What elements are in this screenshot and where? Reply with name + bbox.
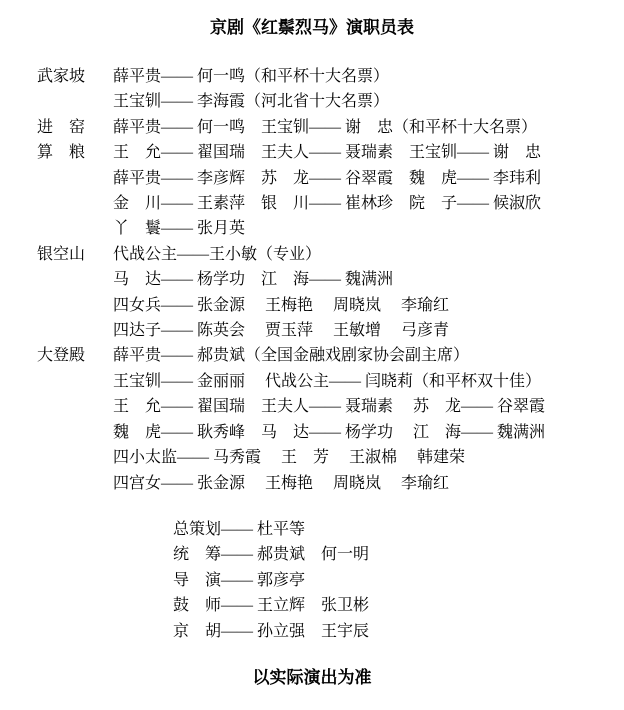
act-label — [0, 369, 113, 394]
cast-row: 四女兵—— 张金源 王梅艳 周晓岚 李瑜红 — [0, 293, 624, 318]
cast-row: 薛平贵—— 李彦辉 苏 龙—— 谷翠霞 魏 虎—— 李玮利 — [0, 166, 624, 191]
act-label — [0, 318, 113, 343]
cast-row: 王宝钏—— 李海霞（河北省十大名票） — [0, 89, 624, 114]
cast-line: 代战公主——王小敏（专业） — [113, 242, 624, 267]
cast-line: 四小太监—— 马秀霞 王 芳 王淑棉 韩建荣 — [113, 445, 624, 470]
cast-row: 金 川—— 王素萍 银 川—— 崔林珍 院 子—— 候淑欣 — [0, 191, 624, 216]
cast-line: 王 允—— 翟国瑞 王夫人—— 聂瑞素 苏 龙—— 谷翠霞 — [113, 394, 624, 419]
cast-line: 薛平贵—— 郝贵斌（全国金融戏剧家协会副主席） — [113, 343, 624, 368]
act-label — [0, 216, 113, 241]
cast-line: 薛平贵—— 何一鸣 王宝钏—— 谢 忠（和平杯十大名票） — [113, 115, 624, 140]
cast-line: 马 达—— 杨学功 江 海—— 魏满洲 — [113, 267, 624, 292]
cast-line: 魏 虎—— 耿秀峰 马 达—— 杨学功 江 海—— 魏满洲 — [113, 420, 624, 445]
cast-line: 王 允—— 翟国瑞 王夫人—— 聂瑞素 王宝钏—— 谢 忠 — [113, 140, 624, 165]
credit-line: 导 演—— 郭彦亭 — [173, 568, 624, 593]
act-label — [0, 191, 113, 216]
cast-row: 马 达—— 杨学功 江 海—— 魏满洲 — [0, 267, 624, 292]
cast-line: 丫 鬟—— 张月英 — [113, 216, 624, 241]
act-label — [0, 166, 113, 191]
cast-row: 王宝钏—— 金丽丽 代战公主—— 闫晓莉（和平杯双十佳） — [0, 369, 624, 394]
act-label — [0, 394, 113, 419]
act-label — [0, 293, 113, 318]
act-label — [0, 445, 113, 470]
cast-line: 金 川—— 王素萍 银 川—— 崔林珍 院 子—— 候淑欣 — [113, 191, 624, 216]
cast-line: 薛平贵—— 何一鸣（和平杯十大名票） — [113, 64, 624, 89]
credit-line: 统 筹—— 郝贵斌 何一明 — [173, 542, 624, 567]
cast-list-document: 京剧《红鬃烈马》演职员表 武家坡 薛平贵—— 何一鸣（和平杯十大名票） 王宝钏—… — [0, 0, 624, 710]
act-label — [0, 471, 113, 496]
act-label: 算 粮 — [0, 140, 113, 165]
cast-line: 薛平贵—— 李彦辉 苏 龙—— 谷翠霞 魏 虎—— 李玮利 — [113, 166, 624, 191]
cast-row: 四小太监—— 马秀霞 王 芳 王淑棉 韩建荣 — [0, 445, 624, 470]
credit-line: 京 胡—— 孙立强 王宇辰 — [173, 619, 624, 644]
cast-line: 四宫女—— 张金源 王梅艳 周晓岚 李瑜红 — [113, 471, 624, 496]
cast-row: 大登殿 薛平贵—— 郝贵斌（全国金融戏剧家协会副主席） — [0, 343, 624, 368]
cast-row: 魏 虎—— 耿秀峰 马 达—— 杨学功 江 海—— 魏满洲 — [0, 420, 624, 445]
cast-row: 丫 鬟—— 张月英 — [0, 216, 624, 241]
cast-row: 银空山 代战公主——王小敏（专业） — [0, 242, 624, 267]
credit-line: 鼓 师—— 王立辉 张卫彬 — [173, 593, 624, 618]
cast-line: 四达子—— 陈英会 贾玉萍 王敏增 弓彦青 — [113, 318, 624, 343]
cast-row: 四达子—— 陈英会 贾玉萍 王敏增 弓彦青 — [0, 318, 624, 343]
cast-row: 王 允—— 翟国瑞 王夫人—— 聂瑞素 苏 龙—— 谷翠霞 — [0, 394, 624, 419]
act-label — [0, 420, 113, 445]
act-label: 银空山 — [0, 242, 113, 267]
credit-line: 总策划—— 杜平等 — [173, 517, 624, 542]
cast-row: 进 窑 薛平贵—— 何一鸣 王宝钏—— 谢 忠（和平杯十大名票） — [0, 115, 624, 140]
cast-line: 王宝钏—— 金丽丽 代战公主—— 闫晓莉（和平杯双十佳） — [113, 369, 624, 394]
act-label: 武家坡 — [0, 64, 113, 89]
act-label: 大登殿 — [0, 343, 113, 368]
act-label — [0, 89, 113, 114]
page-title: 京剧《红鬃烈马》演职员表 — [0, 0, 624, 38]
cast-row: 算 粮 王 允—— 翟国瑞 王夫人—— 聂瑞素 王宝钏—— 谢 忠 — [0, 140, 624, 165]
cast-line: 王宝钏—— 李海霞（河北省十大名票） — [113, 89, 624, 114]
footer-note: 以实际演出为准 — [0, 665, 624, 690]
cast-row: 武家坡 薛平贵—— 何一鸣（和平杯十大名票） — [0, 64, 624, 89]
act-label: 进 窑 — [0, 115, 113, 140]
cast-line: 四女兵—— 张金源 王梅艳 周晓岚 李瑜红 — [113, 293, 624, 318]
cast-row: 四宫女—— 张金源 王梅艳 周晓岚 李瑜红 — [0, 471, 624, 496]
act-label — [0, 267, 113, 292]
production-credits: 总策划—— 杜平等 统 筹—— 郝贵斌 何一明 导 演—— 郭彦亭 鼓 师—— … — [0, 517, 624, 644]
cast-table: 武家坡 薛平贵—— 何一鸣（和平杯十大名票） 王宝钏—— 李海霞（河北省十大名票… — [0, 64, 624, 496]
